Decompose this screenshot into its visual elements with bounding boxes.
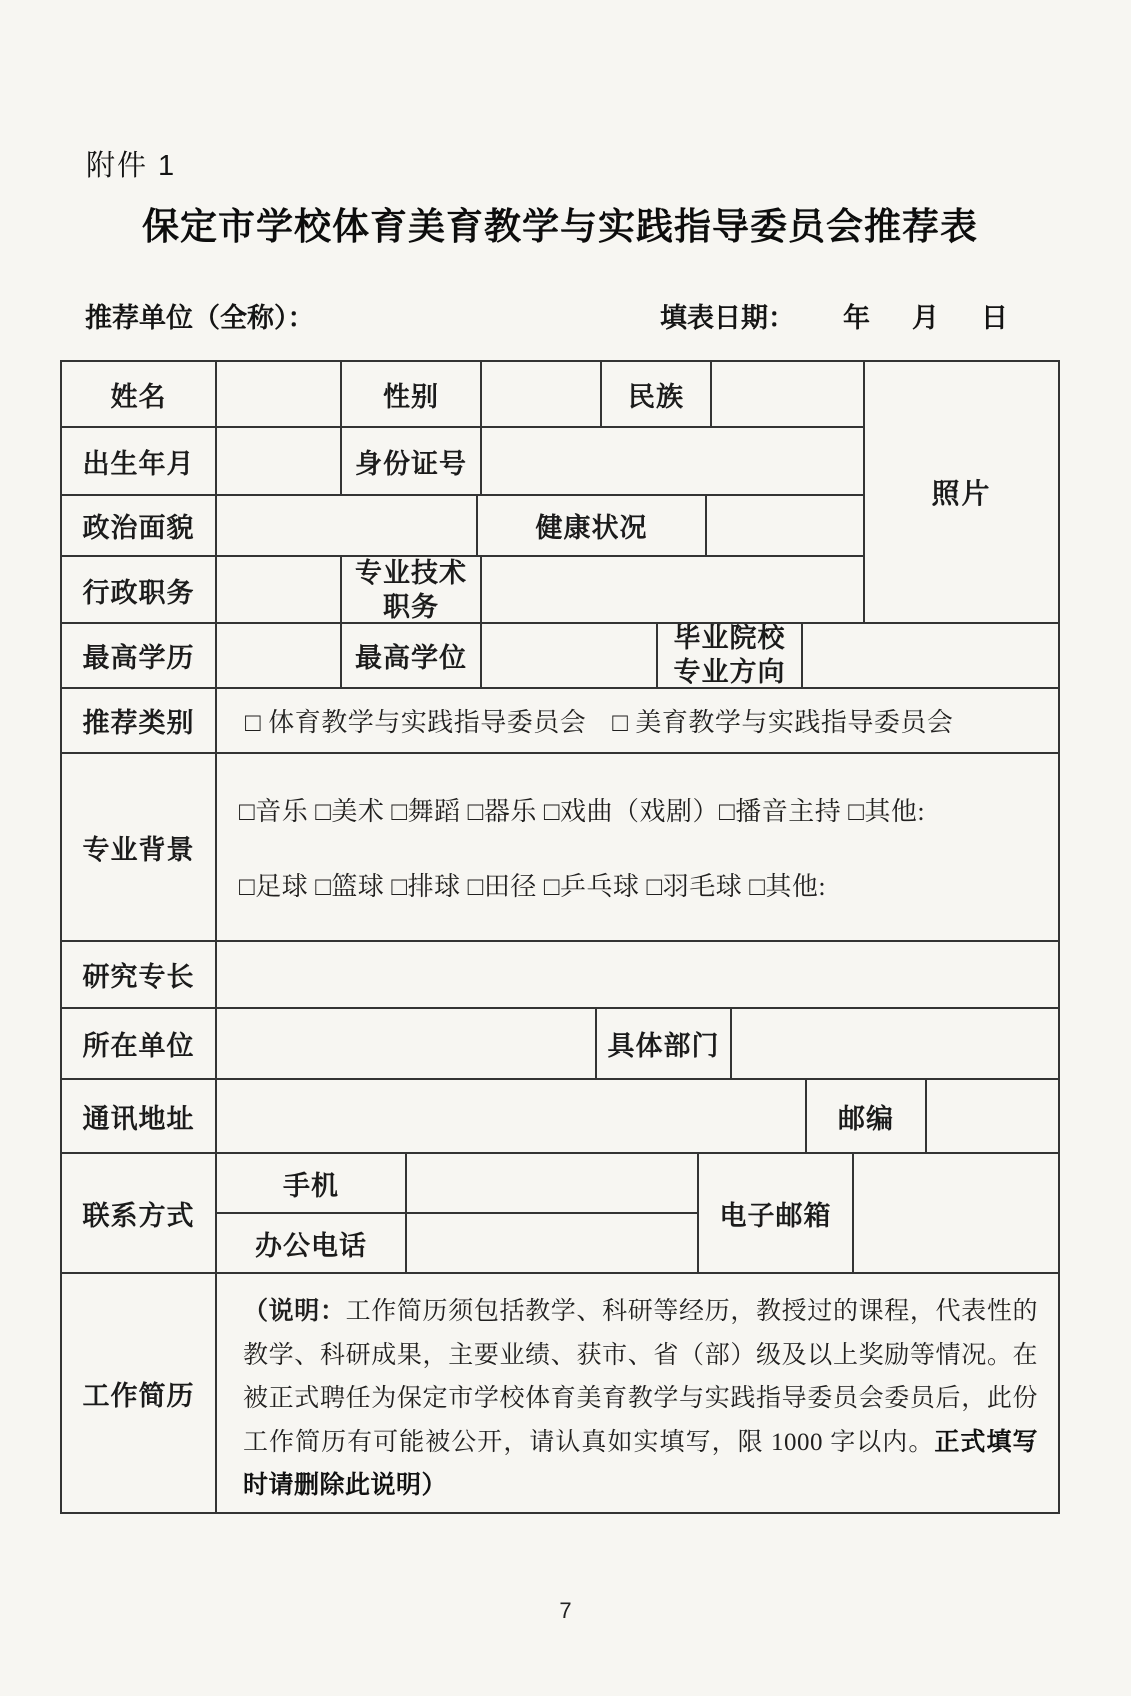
- contact-middle-column: 手机 办公电话: [217, 1154, 699, 1272]
- school-line1: 毕业院校: [674, 624, 786, 656]
- table-row-birth: 出生年月 身份证号: [62, 428, 863, 496]
- top-band-left: 姓名 性别 民族 出生年月 身份证号 政治面貌 健康状况: [62, 362, 863, 622]
- office-phone-label: 办公电话: [217, 1214, 407, 1272]
- ethnicity-value-cell: [712, 362, 863, 426]
- zip-value-cell: [927, 1080, 1058, 1152]
- top-band: 姓名 性别 民族 出生年月 身份证号 政治面貌 健康状况: [62, 362, 1058, 624]
- contact-label: 联系方式: [62, 1154, 217, 1272]
- table-row-education: 最高学历 最高学位 毕业院校 专业方向: [62, 624, 1058, 689]
- school-major-label: 毕业院校 专业方向: [658, 624, 803, 687]
- category-option-sports-checkbox: □ 体育教学与实践指导委员会: [245, 702, 586, 739]
- resume-label: 工作简历: [62, 1274, 217, 1512]
- page-title: 保定市学校体育美育教学与实践指导委员会推荐表: [60, 196, 1060, 250]
- table-row-category: 推荐类别 □ 体育教学与实践指导委员会 □ 美育教学与实践指导委员会: [62, 689, 1058, 754]
- fill-date-group: 填表日期： 年 月 日: [660, 296, 1008, 335]
- table-row-research: 研究专长: [62, 942, 1058, 1009]
- political-status-label: 政治面貌: [62, 496, 217, 555]
- gender-value-cell: [482, 362, 602, 426]
- table-row-admin-post: 行政职务 专业技术 职务: [62, 557, 863, 624]
- recommendation-form-table: 姓名 性别 民族 出生年月 身份证号 政治面貌 健康状况: [60, 360, 1060, 1514]
- background-label: 专业背景: [62, 754, 217, 940]
- table-row-unit: 所在单位 具体部门: [62, 1009, 1058, 1080]
- resume-note-prefix: （说明：: [243, 1297, 346, 1325]
- form-subheader: 推荐单位（全称）： 填表日期： 年 月 日: [60, 296, 1060, 335]
- tech-post-line2: 职务: [383, 591, 439, 625]
- school-line2: 专业方向: [674, 656, 786, 688]
- political-status-value-cell: [217, 496, 478, 555]
- table-row-name: 姓名 性别 民族: [62, 362, 863, 428]
- resume-note-cell: （说明：工作简历须包括教学、科研等经历，教授过的课程，代表性的教学、科研成果，主…: [217, 1274, 1058, 1512]
- day-label: 日: [981, 296, 1008, 335]
- email-value-cell: [854, 1154, 1058, 1272]
- dept-label: 具体部门: [597, 1009, 732, 1078]
- tech-post-label-stack: 专业技术 职务: [355, 557, 467, 624]
- contact-band: 联系方式 手机 办公电话 电子邮箱: [62, 1154, 1058, 1274]
- resume-note-text: 工作简历须包括教学、科研等经历，教授过的课程，代表性的教学、科研成果，主要业绩、…: [243, 1298, 1038, 1456]
- top-degree-value-cell: [482, 624, 658, 687]
- address-label: 通讯地址: [62, 1080, 217, 1152]
- health-value-cell: [707, 496, 863, 555]
- top-education-label: 最高学历: [62, 624, 217, 687]
- id-number-value-cell: [482, 428, 863, 494]
- table-row-background: 专业背景 □音乐 □美术 □舞蹈 □器乐 □戏曲（戏剧）□播音主持 □其他: □…: [62, 754, 1058, 942]
- zip-label: 邮编: [807, 1080, 927, 1152]
- table-row-office-phone: 办公电话: [217, 1214, 697, 1272]
- mobile-value-cell: [407, 1154, 697, 1212]
- mobile-label: 手机: [217, 1154, 407, 1212]
- health-label: 健康状况: [478, 496, 707, 555]
- office-phone-value-cell: [407, 1214, 697, 1272]
- tech-post-label: 专业技术 职务: [342, 557, 482, 624]
- ethnicity-label: 民族: [602, 362, 712, 426]
- email-label: 电子邮箱: [699, 1154, 854, 1272]
- table-row-political: 政治面貌 健康状况: [62, 496, 863, 557]
- recommending-unit-label: 推荐单位（全称）：: [85, 296, 315, 335]
- background-options-cell: □音乐 □美术 □舞蹈 □器乐 □戏曲（戏剧）□播音主持 □其他: □足球 □篮…: [217, 754, 1058, 940]
- scanned-form-page: 附件 1 保定市学校体育美育教学与实践指导委员会推荐表 推荐单位（全称）： 填表…: [0, 0, 1131, 1696]
- table-row-address: 通讯地址 邮编: [62, 1080, 1058, 1154]
- school-major-label-stack: 毕业院校 专业方向: [674, 624, 786, 687]
- dept-value-cell: [732, 1009, 1058, 1078]
- category-options-cell: □ 体育教学与实践指导委员会 □ 美育教学与实践指导委员会: [217, 689, 1058, 752]
- attachment-label: 附件 1: [86, 143, 176, 184]
- tech-post-line1: 专业技术: [355, 557, 467, 591]
- photo-cell: 照片: [863, 362, 1058, 622]
- table-row-resume: 工作简历 （说明：工作简历须包括教学、科研等经历，教授过的课程，代表性的教学、科…: [62, 1274, 1058, 1512]
- background-sports-checkbox-line: □足球 □篮球 □排球 □田径 □乒乓球 □羽毛球 □其他:: [239, 866, 826, 903]
- research-label: 研究专长: [62, 942, 217, 1007]
- top-degree-label: 最高学位: [342, 624, 482, 687]
- admin-post-label: 行政职务: [62, 557, 217, 624]
- research-value-cell: [217, 942, 1058, 1007]
- category-option-arts-checkbox: □ 美育教学与实践指导委员会: [612, 702, 953, 739]
- name-value-cell: [217, 362, 342, 426]
- unit-value-cell: [217, 1009, 597, 1078]
- table-row-mobile: 手机: [217, 1154, 697, 1214]
- fill-date-label: 填表日期：: [660, 296, 795, 335]
- unit-label: 所在单位: [62, 1009, 217, 1078]
- gender-label: 性别: [342, 362, 482, 426]
- school-major-value-cell: [803, 624, 1058, 687]
- background-arts-checkbox-line: □音乐 □美术 □舞蹈 □器乐 □戏曲（戏剧）□播音主持 □其他:: [239, 791, 925, 828]
- month-label: 月: [912, 296, 939, 335]
- birth-value-cell: [217, 428, 342, 494]
- id-number-label: 身份证号: [342, 428, 482, 494]
- admin-post-value-cell: [217, 557, 342, 624]
- name-label: 姓名: [62, 362, 217, 426]
- category-label: 推荐类别: [62, 689, 217, 752]
- tech-post-value-cell: [482, 557, 863, 624]
- year-label: 年: [843, 296, 870, 335]
- top-education-value-cell: [217, 624, 342, 687]
- birth-label: 出生年月: [62, 428, 217, 494]
- page-number: 7: [0, 1598, 1131, 1624]
- address-value-cell: [217, 1080, 807, 1152]
